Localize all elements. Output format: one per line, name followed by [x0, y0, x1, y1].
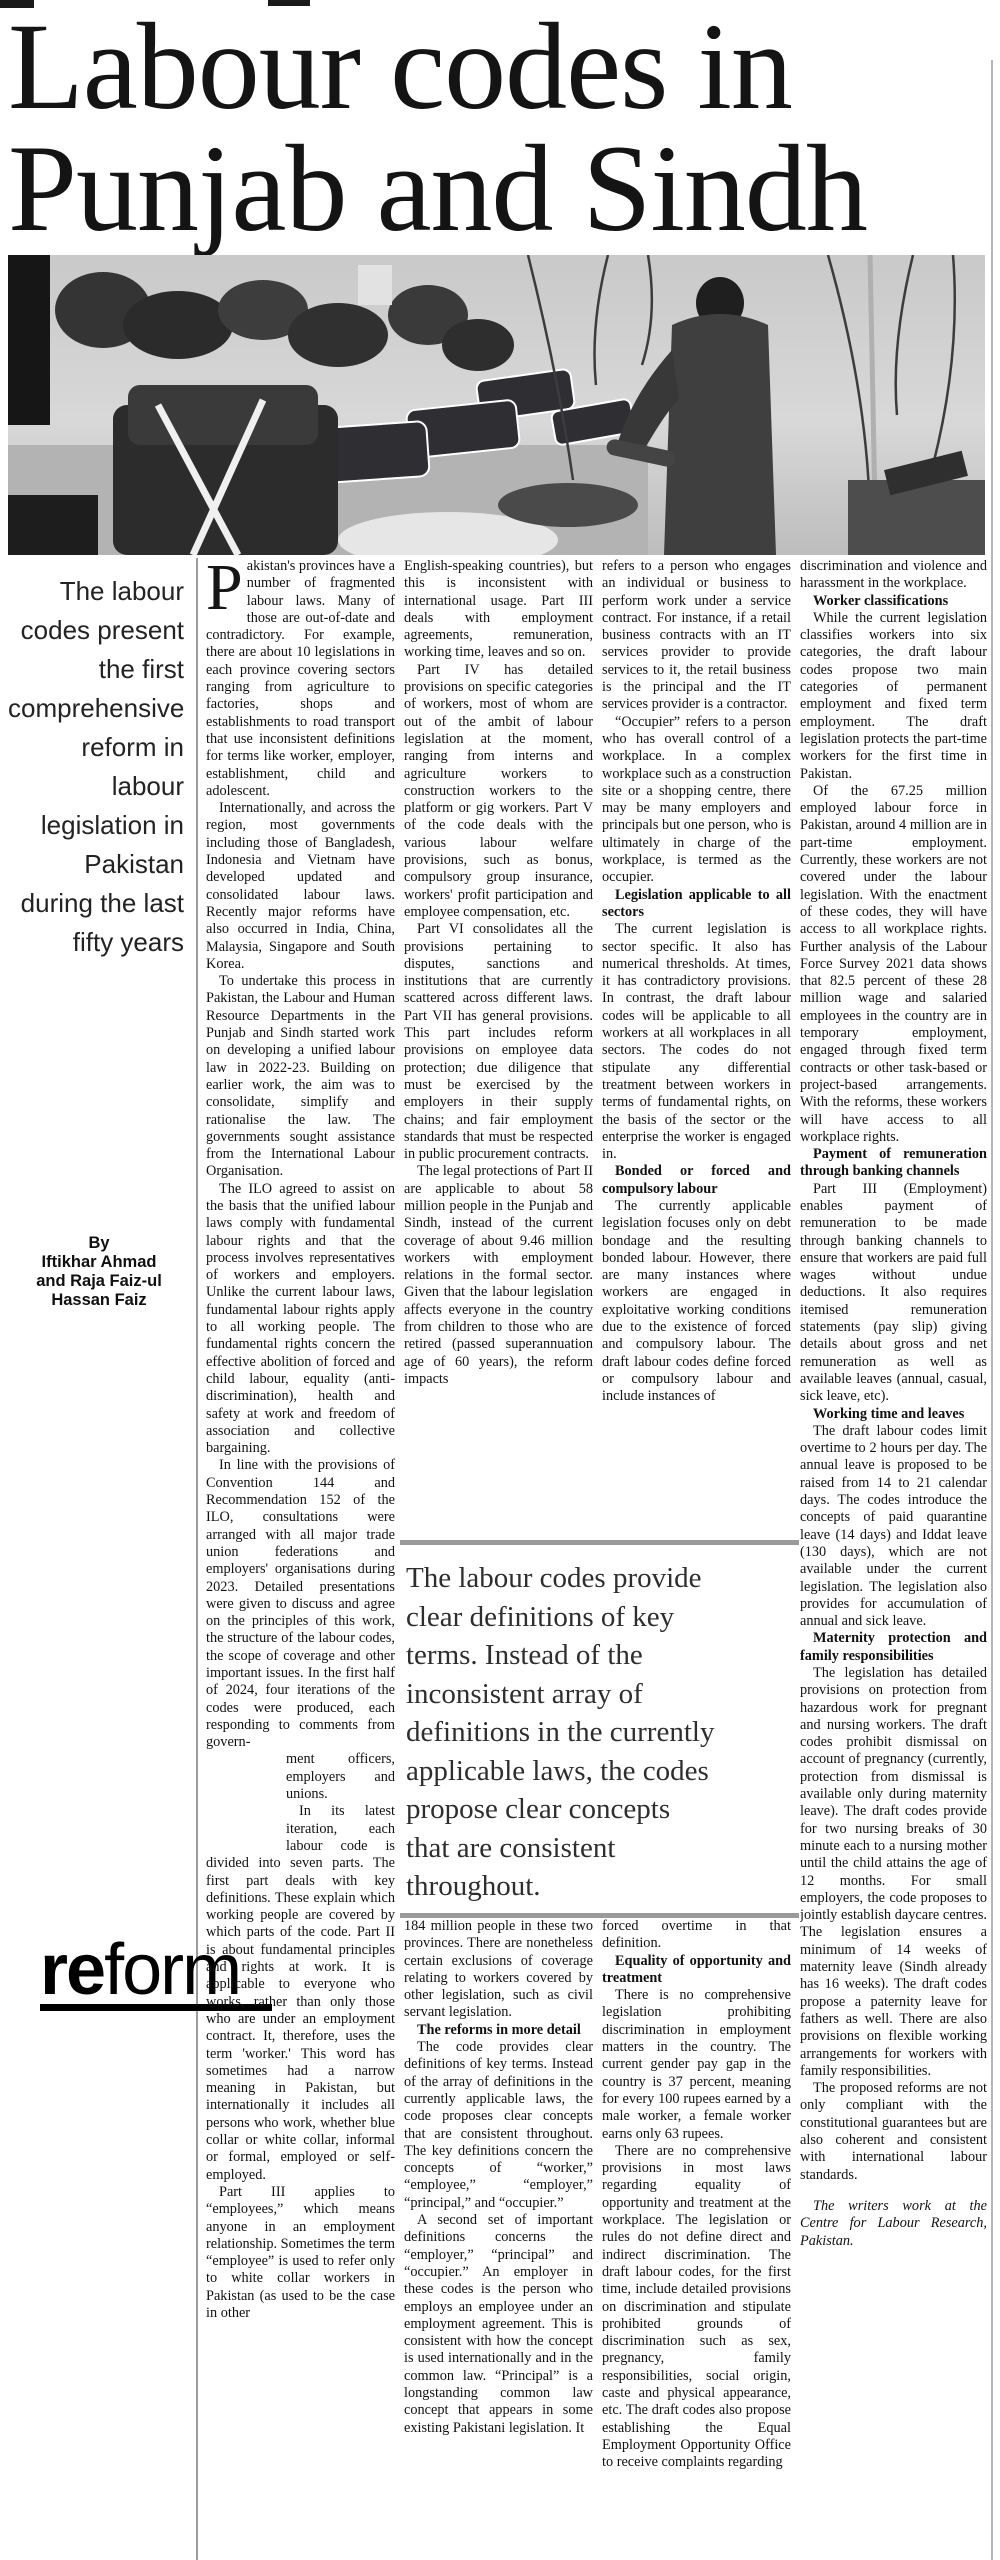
sidebar-quote-line: legislation in: [8, 806, 184, 845]
pull-quote-line: throughout.: [406, 1867, 795, 1906]
drop-cap: P: [206, 558, 247, 616]
sidebar-quote-line: labour: [8, 767, 184, 806]
pull-quote-line: clear definitions of key: [406, 1598, 795, 1637]
sidebar-quote-line: fifty years: [8, 923, 184, 962]
section-heading: Equality of opportunity and treatment: [602, 1953, 791, 1988]
sidebar-divider-rule: [196, 558, 198, 2560]
headline-line: Labour codes in: [8, 6, 988, 128]
author-credit: The writers work at the Centre for Labou…: [800, 2198, 987, 2250]
pull-quote-line: that are consistent: [406, 1829, 795, 1868]
body-column-1: Pakistan's provinces have a number of fr…: [206, 558, 395, 2560]
section-heading: Legislation applicable to all sectors: [602, 887, 791, 922]
body-paragraph: The proposed reforms are not only compli…: [800, 2080, 987, 2184]
section-heading: Payment of remuneration through banking …: [800, 1146, 987, 1181]
body-paragraph: Part IV has detailed provisions on speci…: [404, 662, 593, 921]
body-paragraph: The legal protections of Part II are app…: [404, 1163, 593, 1388]
section-heading: Working time and leaves: [800, 1406, 987, 1423]
body-paragraph: English-speaking countries), but this is…: [404, 558, 593, 662]
body-paragraph: In line with the provisions of Conventio…: [206, 1457, 395, 1751]
body-paragraph: Internationally, and across the region, …: [206, 800, 395, 973]
body-paragraph: The currently applicable legislation foc…: [602, 1198, 791, 1406]
pull-quote-line: definitions in the currently: [406, 1713, 795, 1752]
body-column-2-upper: English-speaking countries), but this is…: [404, 558, 593, 1543]
byline-line: and Raja Faiz-ul: [8, 1272, 190, 1291]
sidebar-quote-line: the first: [8, 650, 184, 689]
section-heading: Bonded or forced and compulsory labour: [602, 1163, 791, 1198]
body-paragraph: Of the 67.25 million employed labour for…: [800, 783, 987, 1146]
sidebar-quote-line: during the last: [8, 884, 184, 923]
pull-quote-line: The labour codes provide: [406, 1559, 795, 1598]
body-column-2-lower: 184 million people in these two province…: [404, 1918, 593, 2560]
byline-line: Iftikhar Ahmad: [8, 1253, 190, 1272]
body-paragraph: “Occupier” refers to a person who has ov…: [602, 714, 791, 887]
pull-quote-line: inconsistent array of: [406, 1675, 795, 1714]
body-paragraph: The current legislation is sector specif…: [602, 921, 791, 1163]
body-paragraph: While the current legislation classifies…: [800, 610, 987, 783]
section-heading: Maternity protection and family responsi…: [800, 1630, 987, 1665]
body-column-4: discrimination and violence and harassme…: [800, 558, 987, 2560]
sidebar-quote-line: Pakistan: [8, 845, 184, 884]
body-paragraph: The code provides clear definitions of k…: [404, 2039, 593, 2212]
reform-logo-re: re: [40, 1930, 104, 2010]
body-paragraph: refers to a person who engages an indivi…: [602, 558, 791, 714]
body-column-3-lower: forced overtime in that definition.Equal…: [602, 1918, 791, 2560]
body-paragraph: The legislation has detailed provisions …: [800, 1665, 987, 2080]
body-paragraph: The draft labour codes limit overtime to…: [800, 1423, 987, 1631]
byline-line: By: [8, 1234, 190, 1253]
pull-quote-line: terms. Instead of the: [406, 1636, 795, 1675]
sidebar-quote-line: codes present: [8, 611, 184, 650]
body-paragraph: forced overtime in that definition.: [602, 1918, 791, 1953]
sidebar-pull-quote: The labourcodes presentthe firstcomprehe…: [8, 572, 184, 962]
boxed-pull-quote-text: The labour codes provideclear definition…: [406, 1559, 795, 1906]
article-headline: Labour codes inPunjab and Sindh: [8, 6, 988, 250]
headline-line: Punjab and Sindh: [8, 128, 988, 250]
body-paragraph: Part III (Employment) enables payment of…: [800, 1181, 987, 1406]
section-heading: Worker classifications: [800, 593, 987, 610]
body-paragraph: The ILO agreed to assist on the basis th…: [206, 1181, 395, 1458]
body-paragraph: Pakistan's provinces have a number of fr…: [206, 558, 395, 800]
body-paragraph: There are no comprehensive provisions in…: [602, 2143, 791, 2472]
pull-quote-line: applicable laws, the codes: [406, 1752, 795, 1791]
sidebar-quote-line: The labour: [8, 572, 184, 611]
newspaper-page: Labour codes inPunjab and Sindh: [0, 0, 1000, 2560]
body-paragraph: discrimination and violence and harassme…: [800, 558, 987, 593]
reform-logo-wrap-gap: [206, 1751, 286, 1843]
sidebar-quote-line: comprehensive: [8, 689, 184, 728]
body-paragraph: Part VI consolidates all the provisions …: [404, 921, 593, 1163]
byline-line: Hassan Faiz: [8, 1291, 190, 1310]
sidebar-quote-line: reform in: [8, 728, 184, 767]
body-paragraph: To undertake this process in Pakistan, t…: [206, 973, 395, 1181]
boxed-pull-quote: The labour codes provideclear definition…: [400, 1540, 799, 1918]
factory-photo: [8, 255, 985, 555]
body-paragraph: There is no comprehensive legislation pr…: [602, 1987, 791, 2143]
body-paragraph: 184 million people in these two province…: [404, 1918, 593, 2022]
body-paragraph: Part III applies to “employees,” which m…: [206, 2184, 395, 2322]
body-paragraph: A second set of important definitions co…: [404, 2212, 593, 2437]
section-heading: The reforms in more detail: [404, 2022, 593, 2039]
body-paragraph: In its latest iteration, each labour cod…: [206, 1803, 395, 2184]
body-column-3-upper: refers to a person who engages an indivi…: [602, 558, 791, 1543]
pull-quote-line: propose clear concepts: [406, 1790, 795, 1829]
byline: ByIftikhar Ahmadand Raja Faiz-ulHassan F…: [8, 1234, 190, 1310]
sidebar: The labourcodes presentthe firstcomprehe…: [8, 558, 188, 2560]
article-body: The labourcodes presentthe firstcomprehe…: [8, 558, 992, 2560]
